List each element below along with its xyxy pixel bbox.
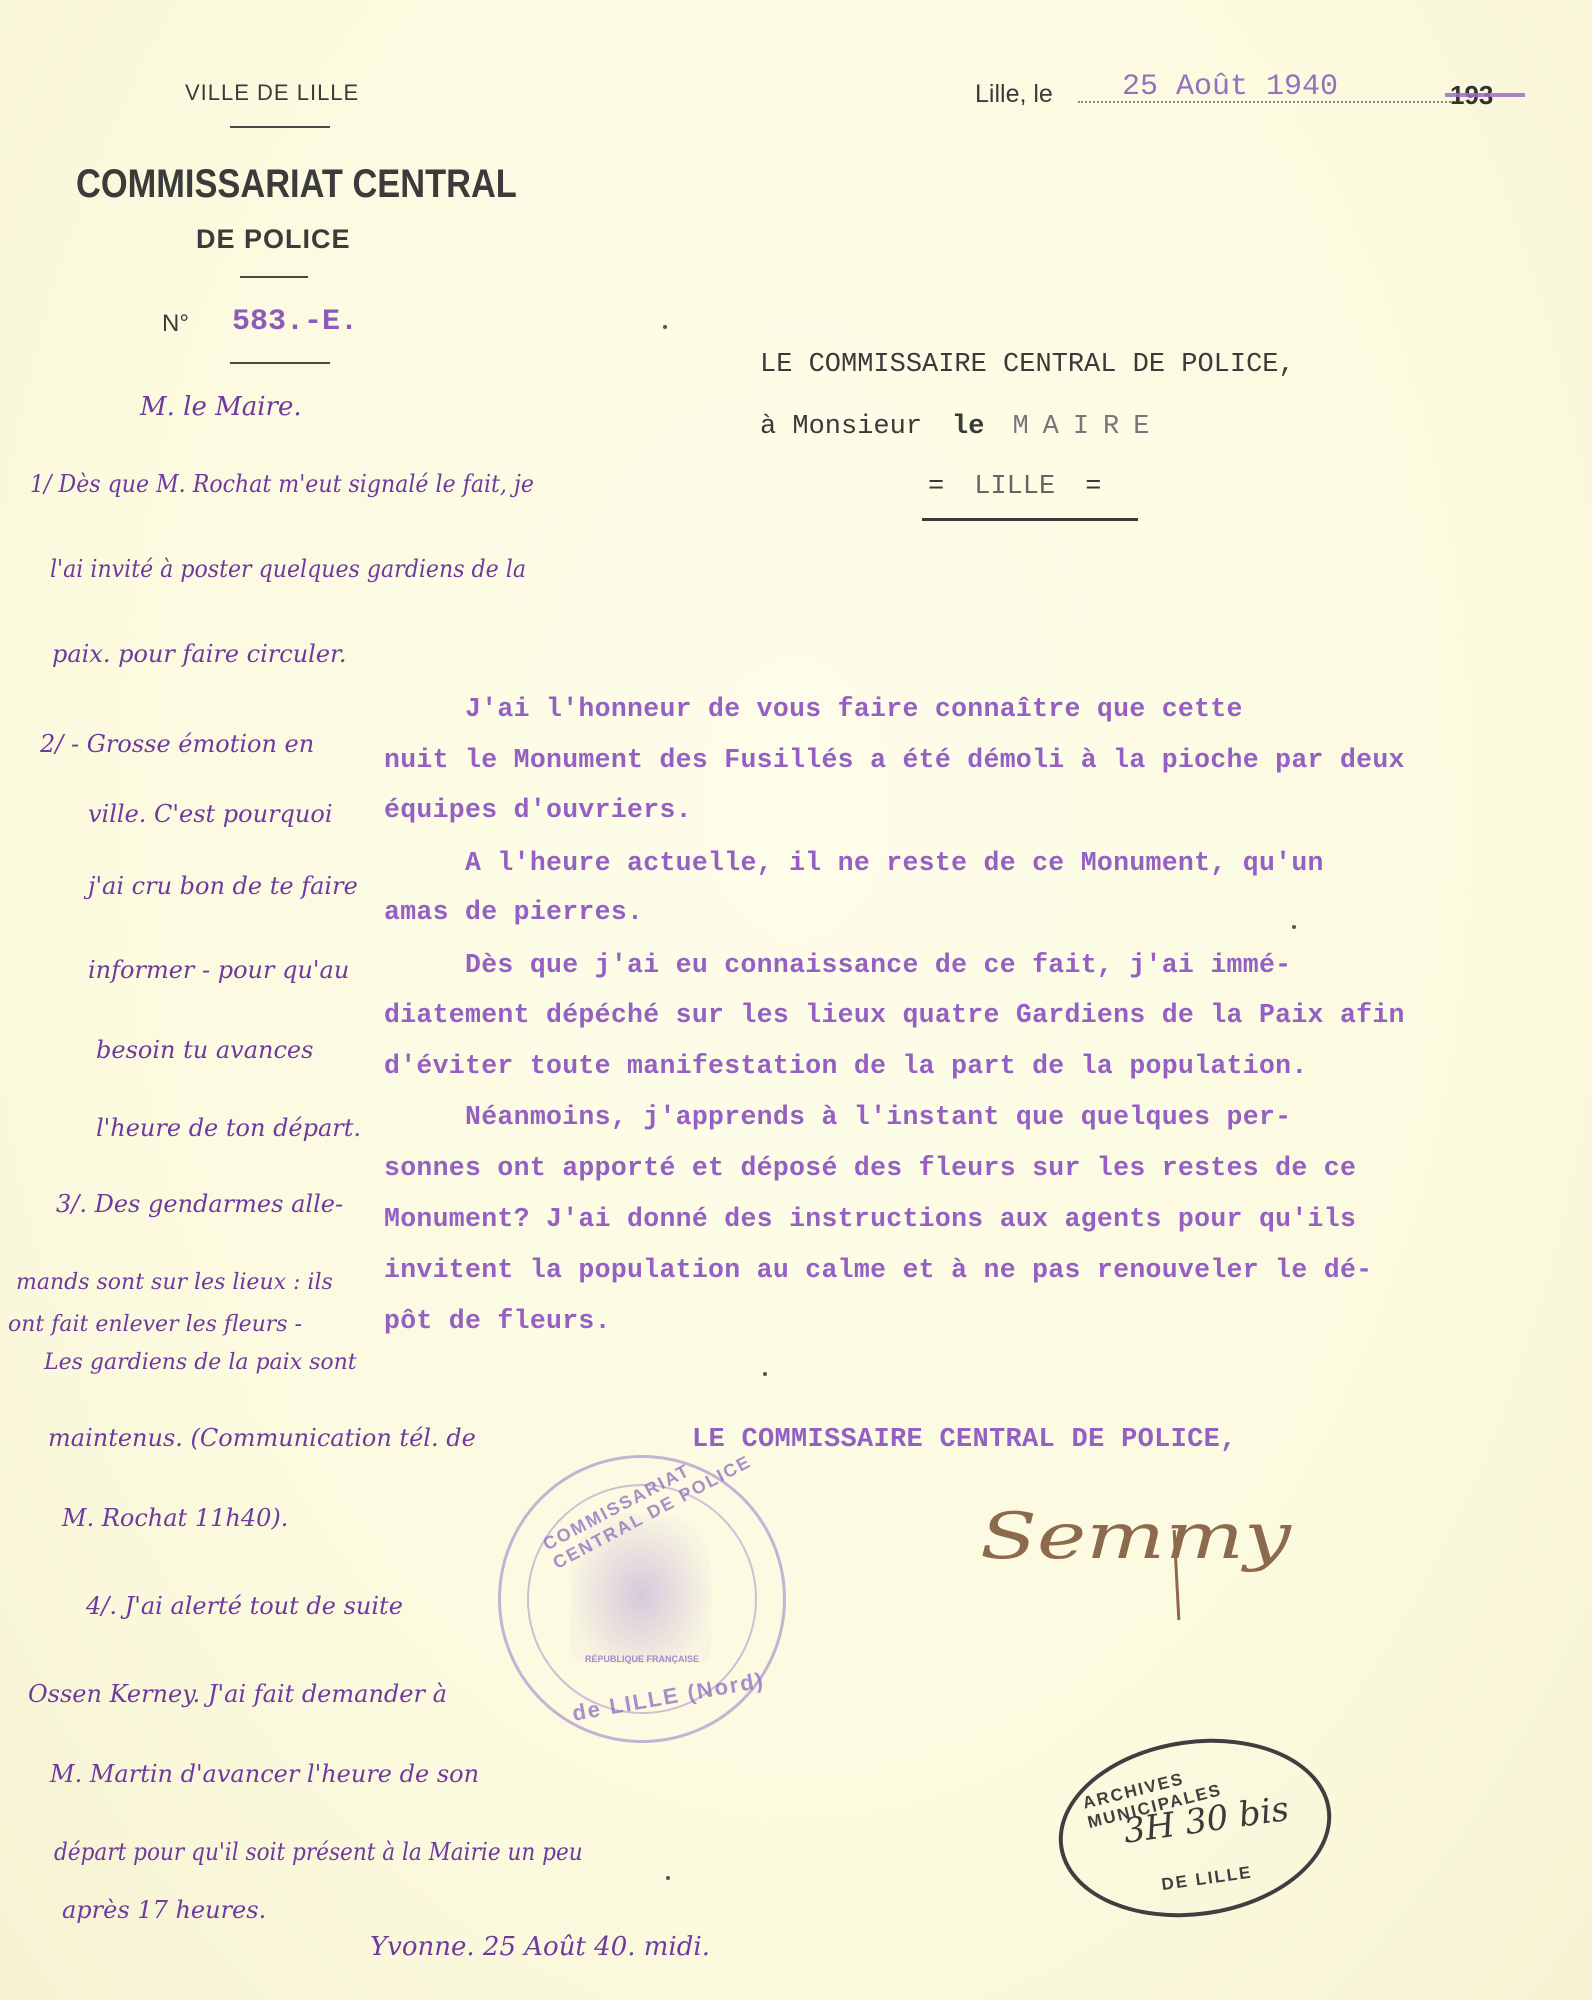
letter-date: 25 Août 1940	[1122, 70, 1338, 104]
recipient-title: MAIRE	[1012, 412, 1163, 442]
body-line: Néanmoins, j'apprends à l'instant que qu…	[384, 1102, 1291, 1132]
divider	[240, 276, 308, 278]
letterhead-office: COMMISSARIAT CENTRAL	[76, 162, 517, 207]
body-line: J'ai l'honneur de vous faire connaître q…	[384, 694, 1243, 724]
body-line: pôt de fleurs.	[384, 1306, 611, 1336]
body-line: Dès que j'ai eu connaissance de ce fait,…	[384, 950, 1291, 980]
body-line: nuit le Monument des Fusillés a été démo…	[384, 745, 1405, 775]
body-line: diatement dépéché sur les lieux quatre G…	[384, 1000, 1405, 1030]
city-left-mark: =	[928, 472, 944, 502]
margin-note-signoff: Yvonne. 25 Août 40. midi.	[370, 1932, 710, 1962]
margin-note-line: maintenus. (Communication tél. de	[48, 1424, 476, 1452]
margin-note-line: 4/. J'ai alerté tout de suite	[86, 1592, 403, 1620]
archive-bottom-text: DE LILLE	[1160, 1863, 1253, 1896]
margin-note-line: 2/ - Grosse émotion en	[40, 730, 314, 758]
margin-note-line: 3/. Des gendarmes alle-	[56, 1190, 343, 1218]
letterhead-office-sub: DE POLICE	[196, 224, 351, 255]
paper-speck	[663, 325, 667, 329]
margin-note-line: informer - pour qu'au	[88, 956, 349, 984]
seal-center-text: RÉPUBLIQUE FRANÇAISE	[585, 1654, 699, 1664]
body-line: Monument? J'ai donné des instructions au…	[384, 1204, 1356, 1234]
margin-note-line: ont fait enlever les fleurs -	[8, 1312, 302, 1337]
recipient-article: le	[952, 412, 984, 442]
paper-speck	[763, 1372, 767, 1376]
signature: Semmy	[980, 1500, 1291, 1574]
recipient-city: LILLE	[974, 472, 1055, 502]
margin-note-line: M. le Maire.	[140, 392, 302, 422]
paper-speck	[1292, 925, 1296, 929]
margin-note-line: Les gardiens de la paix sont	[44, 1350, 357, 1375]
margin-note-line: l'ai invité à poster quelques gardiens d…	[50, 555, 526, 583]
letterhead-city: VILLE DE LILLE	[185, 80, 359, 106]
body-line: invitent la population au calme et à ne …	[384, 1255, 1372, 1285]
margin-note-line: mands sont sur les lieux : ils	[16, 1270, 333, 1295]
address-underline	[922, 518, 1138, 521]
police-seal-stamp: COMMISSARIAT CENTRAL DE POLICE de LILLE …	[498, 1455, 786, 1743]
recipient-line: à MonsieurleMAIRE	[760, 412, 1163, 442]
margin-note-line: après 17 heures.	[62, 1896, 266, 1924]
margin-note-line: Ossen Kerney. J'ai fait demander à	[28, 1680, 447, 1708]
body-line: A l'heure actuelle, il ne reste de ce Mo…	[384, 848, 1324, 878]
divider	[230, 126, 330, 128]
margin-note-line: j'ai cru bon de te faire	[88, 872, 358, 900]
archive-stamp: ARCHIVES MUNICIPALES 3H 30 bis DE LILLE	[1047, 1722, 1343, 1934]
margin-note-line: M. Rochat 11h40).	[62, 1504, 288, 1532]
body-line: amas de pierres.	[384, 897, 643, 927]
divider	[230, 362, 330, 364]
margin-note-line: 1/ Dès que M. Rochat m'eut signalé le fa…	[30, 470, 534, 498]
body-line: équipes d'ouvriers.	[384, 795, 692, 825]
number-label: N°	[162, 310, 189, 338]
margin-note-line: départ pour qu'il soit présent à la Mair…	[54, 1838, 583, 1866]
body-line: sonnes ont apporté et déposé des fleurs …	[384, 1153, 1356, 1183]
recipient-prefix: à Monsieur	[760, 412, 922, 442]
year-strikethrough	[1445, 93, 1525, 97]
dateline-prefix: Lille, le	[975, 80, 1053, 109]
paper-speck	[666, 1876, 670, 1880]
document-page: VILLE DE LILLE COMMISSARIAT CENTRAL DE P…	[0, 0, 1592, 2000]
city-right-mark: =	[1085, 472, 1101, 502]
recipient-city-line: =LILLE=	[928, 472, 1101, 502]
margin-note-line: l'heure de ton départ.	[96, 1114, 361, 1142]
margin-note-line: paix. pour faire circuler.	[52, 640, 347, 668]
margin-note-line: M. Martin d'avancer l'heure de son	[50, 1760, 479, 1788]
reference-number: 583.-E.	[232, 305, 358, 339]
body-line: d'éviter toute manifestation de la part …	[384, 1051, 1308, 1081]
sender-line: LE COMMISSAIRE CENTRAL DE POLICE,	[760, 350, 1295, 380]
margin-note-line: besoin tu avances	[96, 1036, 313, 1064]
margin-note-line: ville. C'est pourquoi	[88, 800, 333, 828]
